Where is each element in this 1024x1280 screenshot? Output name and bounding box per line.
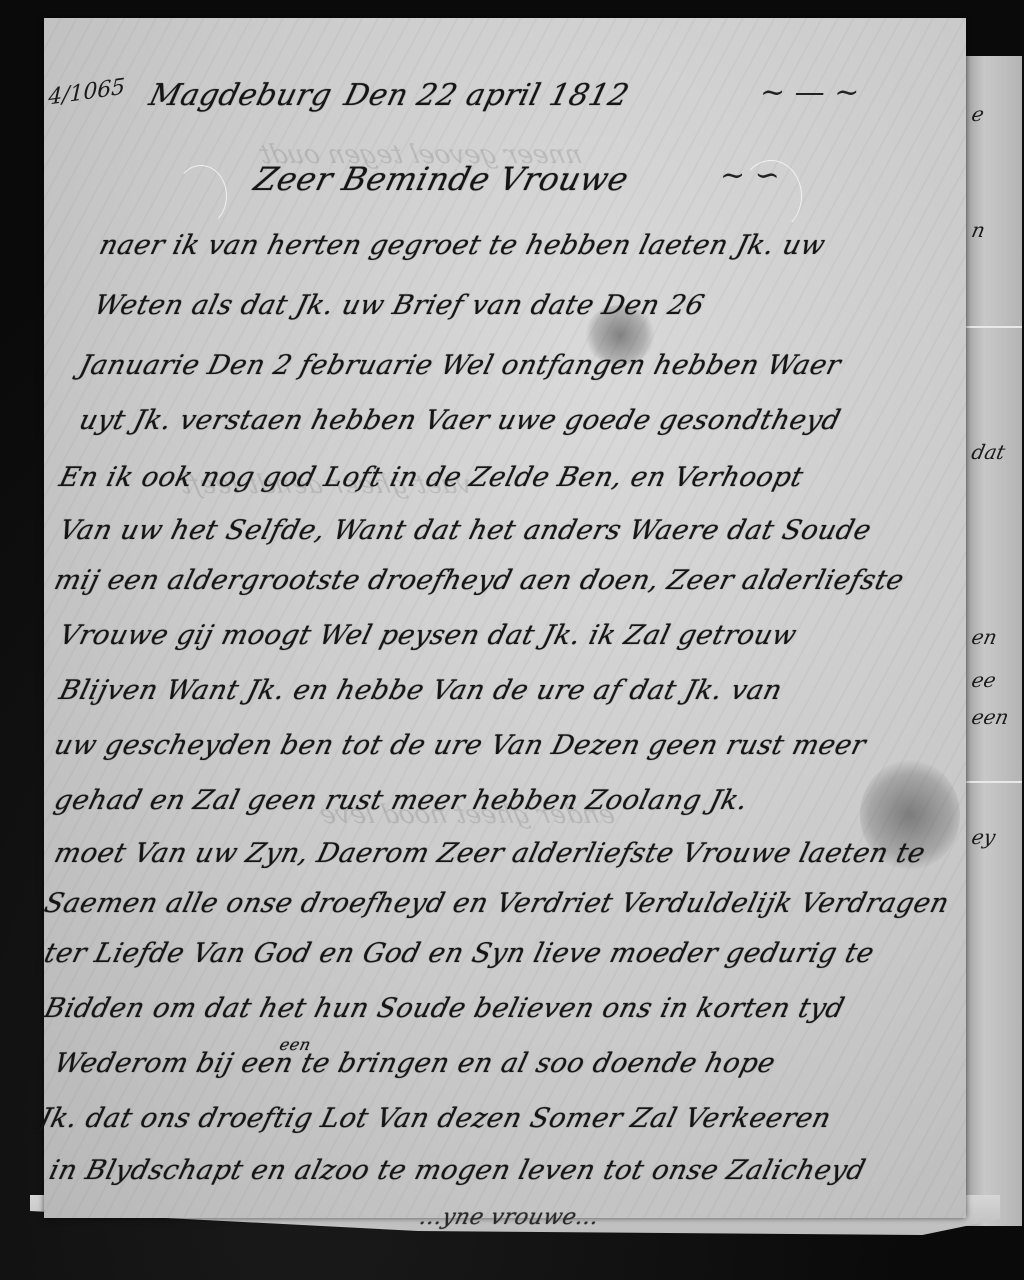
underlying-text-fragment: een xyxy=(969,705,1011,729)
footer-partial-line: ...yne vrouwe... xyxy=(417,1205,602,1230)
letter-line-12: moet Van uw Zyn, Daerom Zeer alderliefst… xyxy=(51,838,928,869)
underlying-text-fragment: en xyxy=(969,625,999,649)
letter-line-5: En ik ook nog god Loft in de Zelde Ben, … xyxy=(56,462,806,493)
scanned-document: e n dat en ee een ey nneer gevoel tegen … xyxy=(0,0,1024,1280)
salutation: Zeer Beminde Vrouwe xyxy=(250,160,632,198)
letter-line-11: gehad en Zal geen rust meer hebben Zoola… xyxy=(51,785,751,816)
letter-line-10: uw gescheyden ben tot de ure Van Dezen g… xyxy=(51,730,869,761)
underlying-text-fragment: dat xyxy=(969,440,1007,464)
letter-line-15: Bidden om dat het hun Soude believen ons… xyxy=(41,993,848,1024)
letter-line-8: Vrouwe gij moogt Wel peysen dat Jk. ik Z… xyxy=(56,620,800,651)
letter-line-4: uyt Jk. verstaen hebben Vaer uwe goede g… xyxy=(76,405,844,436)
paper-crack xyxy=(175,165,227,227)
letter-line-9: Blijven Want Jk. en hebbe Van de ure af … xyxy=(56,675,785,706)
fold-line xyxy=(960,781,1022,783)
salutation-flourish: ~ ∽ xyxy=(720,158,780,193)
letter-line-7: mij een aldergrootste droefheyd aen doen… xyxy=(51,565,907,596)
letter-place: Magdeburg xyxy=(146,78,336,113)
letter-line-13: Saemen alle onse droefheyd en Verdriet V… xyxy=(41,888,952,919)
letter-line-18: in Blydschapt en alzoo te mogen leven to… xyxy=(46,1155,869,1186)
fold-line xyxy=(960,326,1022,328)
letter-line-3: Januarie Den 2 februarie Wel ontfangen h… xyxy=(76,350,844,381)
letter-line-1: naer ik van herten gegroet te hebben lae… xyxy=(96,230,828,261)
letter-line-17: Jk. dat ons droeftig Lot Van dezen Somer… xyxy=(36,1103,834,1134)
letter-line-14: ter Liefde Van God en God en Syn lieve m… xyxy=(41,938,877,969)
letter-line-6: Van uw het Selfde, Want dat het anders W… xyxy=(56,515,874,546)
letter-date: Den 22 april 1812 xyxy=(341,78,633,113)
date-flourish: ~ — ~ xyxy=(760,75,859,110)
letter-line-2: Weten als dat Jk. uw Brief van date Den … xyxy=(91,290,707,321)
letter-line-16: Wederom bij een te bringen en al soo doe… xyxy=(51,1048,778,1079)
